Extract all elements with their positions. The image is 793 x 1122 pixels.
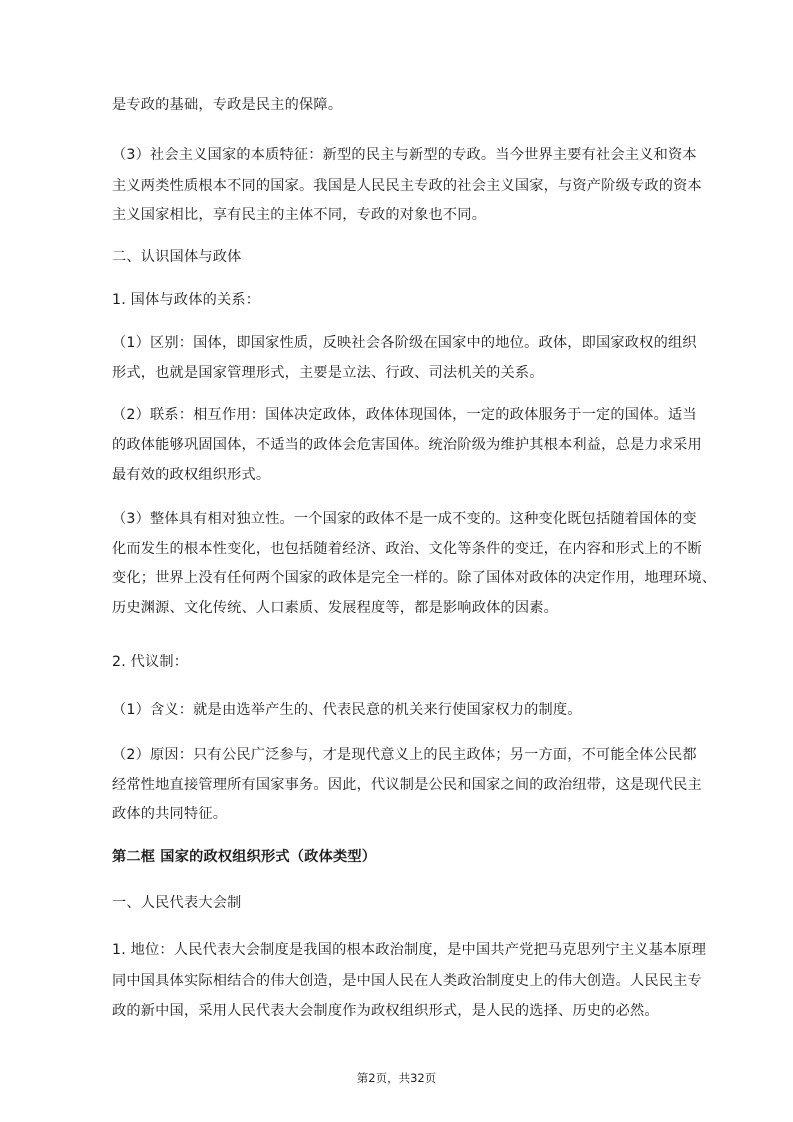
text-line: 一、人民代表大会制	[112, 893, 242, 913]
text-line: 同中国具体实际相结合的伟大创造，是中国人民在人类政治制度史上的伟大创造。人民民主…	[112, 971, 702, 991]
text-line: 历史渊源、文化传统、人口素质、发展程度等，都是影响政体的因素。	[112, 598, 558, 618]
text-line: （2）联系：相互作用：国体决定政体，政体体现国体，一定的政体服务于一定的国体。适…	[112, 405, 697, 425]
text-line: （1）含义：就是由选举产生的、代表民意的机关来行使国家权力的制度。	[112, 700, 582, 720]
document-page: 是专政的基础，专政是民主的保障。（3）社会主义国家的本质特征：新型的民主与新型的…	[0, 0, 793, 1122]
text-line: 变化；世界上没有任何两个国家的政体是完全一样的。除了国体对政体的决定作用，地理环…	[112, 568, 716, 588]
text-line: 最有效的政权组织形式。	[112, 465, 270, 485]
text-line: 经常性地直接管理所有国家事务。因此，代议制是公民和国家之间的政治纽带，这是现代民…	[112, 775, 702, 795]
text-line: （3）社会主义国家的本质特征：新型的民主与新型的专政。当今世界主要有社会主义和资…	[112, 145, 697, 165]
text-line: 1. 国体与政体的关系：	[112, 290, 260, 310]
text-line: 1. 地位：人民代表大会制度是我国的根本政治制度，是中国共产党把马克思列宁主义基…	[112, 940, 706, 960]
text-line: 主义两类性质根本不同的国家。我国是人民民主专政的社会主义国家，与资产阶级专政的资…	[112, 176, 702, 196]
text-line: 主义国家相比，享有民主的主体不同，专政的对象也不同。	[112, 205, 486, 225]
text-line: 形式，也就是国家管理形式，主要是立法、行政、司法机关的关系。	[112, 363, 544, 383]
text-line: 政的新中国，采用人民代表大会制度作为政权组织形式，是人民的选择、历史的必然。	[112, 1001, 659, 1021]
text-line: （1）区别：国体，即国家性质，反映社会各阶级在国家中的地位。政体，即国家政权的组…	[112, 333, 697, 353]
text-line: 是专政的基础，专政是民主的保障。	[112, 95, 342, 115]
text-line: 化而发生的根本性变化，也包括随着经济、政治、文化等条件的变迁，在内容和形式上的不…	[112, 539, 702, 559]
text-line: 二、认识国体与政体	[112, 247, 242, 267]
text-line: （2）原因：只有公民广泛参与，才是现代意义上的民主政体；另一方面，不可能全体公民…	[112, 745, 697, 765]
text-line: 2. 代议制：	[112, 652, 188, 672]
page-number-footer: 第2页，共32页	[0, 1070, 793, 1086]
text-line: 政体的共同特征。	[112, 804, 227, 824]
text-line: （3）整体具有相对独立性。一个国家的政体不是一成不变的。这种变化既包括随着国体的…	[112, 509, 697, 529]
section-heading: 第二框 国家的政权组织形式（政体类型）	[112, 847, 376, 867]
text-line: 的政体能够巩固国体，不适当的政体会危害国体。统治阶级为维护其根本利益，总是力求采…	[112, 435, 702, 455]
